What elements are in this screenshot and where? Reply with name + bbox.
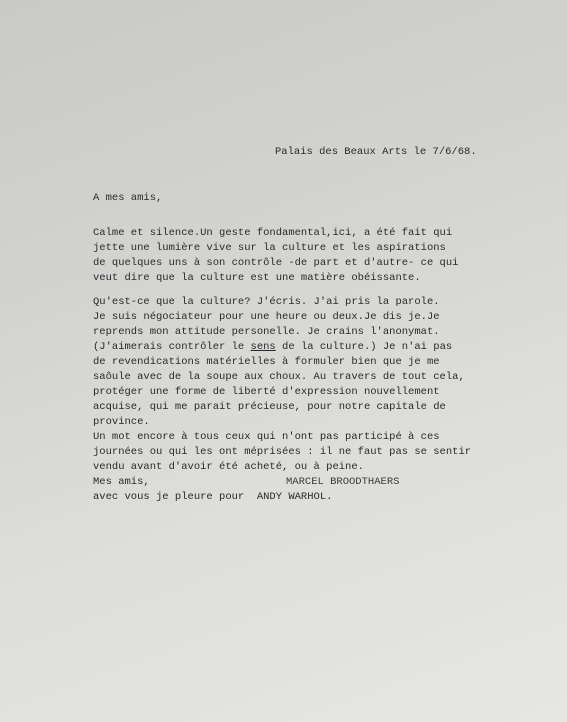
text-line: de quelques uns à son contrôle -de part …: [93, 256, 458, 271]
text-segment: (J'aimerais contrôler le: [93, 341, 251, 353]
text-line: vendu avant d'avoir été acheté, ou à pei…: [93, 460, 471, 475]
text-line: Un mot encore à tous ceux qui n'ont pas …: [93, 430, 471, 445]
text-line: acquise, qui me parait précieuse, pour n…: [93, 400, 471, 415]
salutation: A mes amis,: [93, 191, 162, 206]
typewritten-letter: Palais des Beaux Arts le 7/6/68. A mes a…: [0, 0, 567, 722]
text-line: jette une lumière vive sur la culture et…: [93, 241, 458, 256]
text-line: journées ou qui les ont méprisées : il n…: [93, 445, 471, 460]
text-line: protéger une forme de liberté d'expressi…: [93, 385, 471, 400]
paragraph-1: Calme et silence.Un geste fondamental,ic…: [93, 226, 458, 286]
text-line: reprends mon attitude personelle. Je cra…: [93, 325, 471, 340]
text-line: de revendications matérielles à formuler…: [93, 355, 471, 370]
underlined-word: sens: [251, 341, 276, 353]
text-line: (J'aimerais contrôler le sens de la cult…: [93, 340, 471, 355]
paragraph-2: Qu'est-ce que la culture? J'écris. J'ai …: [93, 295, 471, 505]
text-line: Mes amis,: [93, 475, 471, 490]
text-line: saôule avec de la soupe aux choux. Au tr…: [93, 370, 471, 385]
text-line: province.: [93, 415, 471, 430]
text-line: Je suis négociateur pour une heure ou de…: [93, 310, 471, 325]
signature: MARCEL BROODTHAERS: [286, 475, 399, 490]
text-line: veut dire que la culture est une matière…: [93, 271, 458, 286]
text-line: Qu'est-ce que la culture? J'écris. J'ai …: [93, 295, 471, 310]
text-line: Calme et silence.Un geste fondamental,ic…: [93, 226, 458, 241]
text-line: avec vous je pleure pour ANDY WARHOL.: [93, 490, 471, 505]
dateline: Palais des Beaux Arts le 7/6/68.: [275, 145, 477, 160]
text-segment: de la culture.) Je n'ai pas: [276, 341, 452, 353]
